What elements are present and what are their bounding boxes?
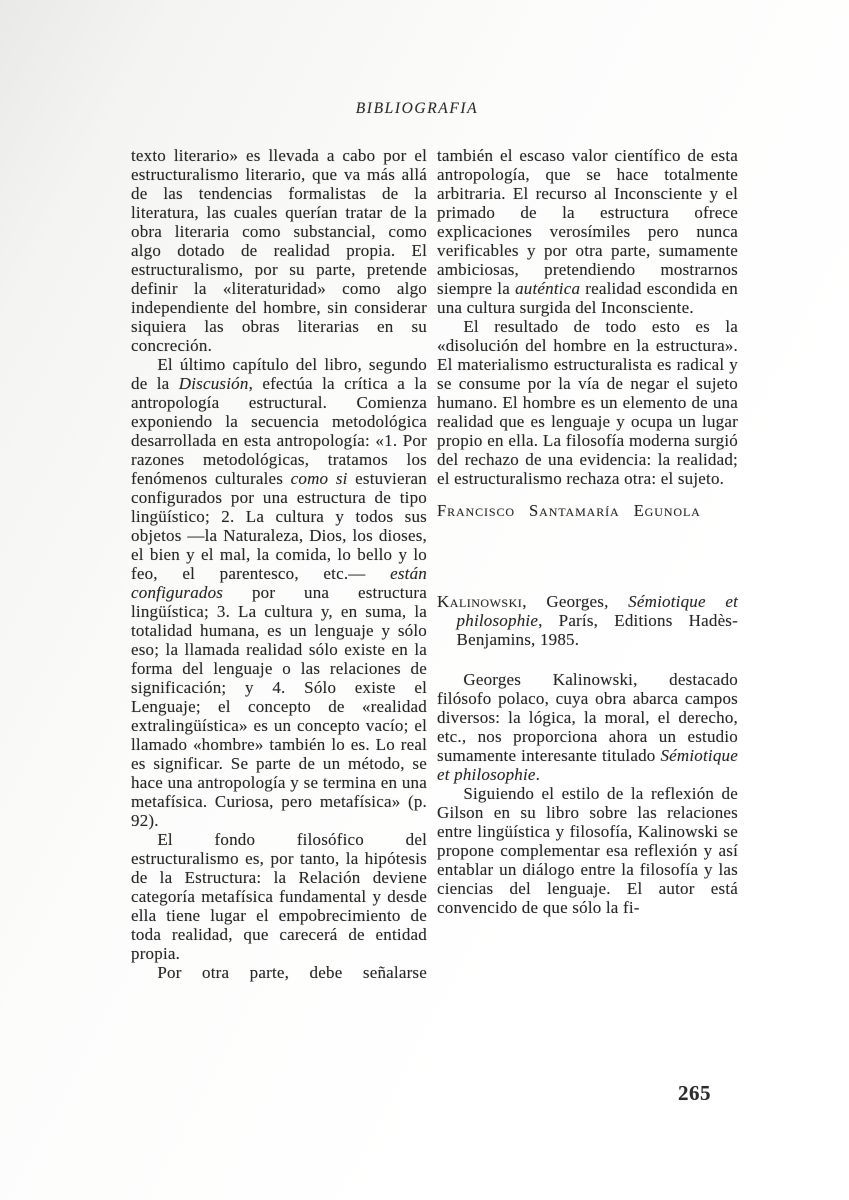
italic-run: auténtica xyxy=(515,279,580,298)
text-run: Por otra parte, debe señalarse xyxy=(157,963,427,982)
scanned-page: BIBLIOGRAFIA texto literario» es llevada… xyxy=(0,0,849,1200)
smallcaps-run: Kalinowski xyxy=(437,592,522,611)
paragraph: El último capítulo del libro, segundo de… xyxy=(131,355,427,830)
text-run: Siguiendo el estilo de la reflexión de G… xyxy=(437,784,738,917)
text-run: también el escaso valor científico de es… xyxy=(437,146,738,298)
text-run: . xyxy=(536,765,540,784)
text-run: El resultado de todo esto es la «disoluc… xyxy=(437,317,738,488)
paragraph: también el escaso valor científico de es… xyxy=(437,146,738,317)
paragraph: Por otra parte, debe señalarse xyxy=(131,963,427,982)
left-column: texto literario» es llevada a cabo por e… xyxy=(131,146,427,982)
bibliography-entry: Kalinowski, Georges, Sémiotique et philo… xyxy=(437,592,738,649)
right-column: también el escaso valor científico de es… xyxy=(437,146,738,917)
paragraph: El fondo filosófico del estructuralismo … xyxy=(131,830,427,963)
text-run: El fondo filosófico del estructuralismo … xyxy=(131,830,427,963)
text-run: texto literario» es llevada a cabo por e… xyxy=(131,146,427,355)
text-run: , Georges, xyxy=(522,592,628,611)
paragraph: Siguiendo el estilo de la reflexión de G… xyxy=(437,784,738,917)
review-author: Francisco Santamaría Egunola xyxy=(437,501,738,520)
italic-run: como si xyxy=(291,469,348,488)
italic-run: Discusión xyxy=(179,374,249,393)
text-run: por una estructura lingüística; 3. La cu… xyxy=(131,583,427,830)
review-text: también el escaso valor científico de es… xyxy=(437,146,738,488)
paragraph: Georges Kalinowski, destacado filósofo p… xyxy=(437,670,738,784)
paragraph: texto literario» es llevada a cabo por e… xyxy=(131,146,427,355)
page-header: BIBLIOGRAFIA xyxy=(0,100,834,118)
new-review-text: Georges Kalinowski, destacado filósofo p… xyxy=(437,670,738,917)
page-number: 265 xyxy=(678,1081,724,1106)
paragraph: El resultado de todo esto es la «disoluc… xyxy=(437,317,738,488)
